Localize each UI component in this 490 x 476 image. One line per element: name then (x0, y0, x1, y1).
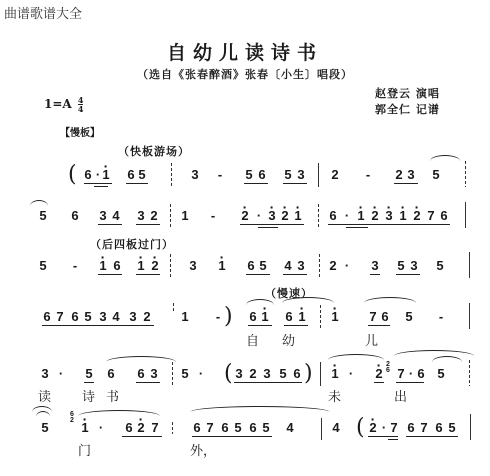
barline (172, 422, 173, 434)
barline (470, 414, 471, 440)
lyrics-line-6: 门 外， (0, 440, 490, 460)
barline (469, 252, 470, 278)
time-signature: 4 4 (78, 96, 84, 113)
dot: · (196, 366, 206, 382)
staff-line-6: 5 62 1 · 6 2 7 6 7 6 5 6 5 4 4 ( 2 · 7 6… (0, 420, 490, 440)
dot: · (342, 258, 352, 274)
tie (432, 356, 462, 362)
note: 6 (257, 167, 267, 183)
barline (321, 418, 322, 440)
open-paren: ( (356, 415, 365, 440)
note: 3 (267, 208, 277, 224)
note: 5 (38, 258, 48, 274)
tie (430, 155, 460, 161)
dot: · (346, 366, 356, 382)
close-paren: ) (304, 361, 313, 386)
tie (282, 297, 334, 303)
underline (248, 325, 272, 326)
note: 1 (180, 309, 190, 325)
note: 5 (261, 420, 271, 436)
note: 2 (136, 420, 146, 436)
tie (30, 200, 48, 206)
key-signature: 1=A 4 4 (44, 96, 83, 113)
note: 4 (111, 208, 121, 224)
note: 5 (278, 366, 288, 382)
transcriber-credit: 郭全仁 记谱 (375, 101, 440, 117)
lyric: 读 (38, 386, 51, 405)
underline (234, 382, 302, 383)
underline (283, 183, 307, 184)
note: 5 (84, 366, 94, 382)
note: 2 (142, 309, 152, 325)
note: 3 (149, 366, 159, 382)
note: 3 (384, 208, 394, 224)
underline (396, 382, 424, 383)
note: 1 (260, 309, 270, 325)
note: 2 (328, 258, 338, 274)
lyric: 出 (394, 386, 407, 405)
annotation-kuaiban: （快板游场） (118, 143, 190, 159)
note: 5 (180, 366, 190, 382)
note: 7 (389, 420, 399, 436)
note: 2 (149, 208, 159, 224)
note: 6 (112, 258, 122, 274)
note: 6 (439, 208, 449, 224)
staff-line-5: 3 · 5 6 6 3 5 · ( 3 2 3 5 6 ) 1 · 2 26 7… (0, 366, 490, 386)
note: 3 (262, 366, 272, 382)
note: 1 (180, 208, 190, 224)
underline (98, 274, 122, 275)
underline (244, 183, 268, 184)
note: 3 (98, 309, 108, 325)
lyric: 书 (106, 386, 119, 405)
note: 7 (426, 208, 436, 224)
note: 7 (419, 420, 429, 436)
barline (465, 202, 466, 228)
underline (136, 274, 160, 275)
note: 3 (190, 167, 200, 183)
underline (84, 183, 112, 184)
note: 3 (406, 167, 416, 183)
note: 1 (80, 420, 90, 436)
dot: · (254, 208, 264, 224)
underline (368, 436, 398, 437)
dash: - (436, 309, 446, 325)
note: 1 (136, 258, 146, 274)
underline (396, 274, 420, 275)
note: 6 (126, 167, 136, 183)
note: 1 (356, 208, 366, 224)
note: 6 (292, 366, 302, 382)
note: 1 (101, 167, 111, 183)
underline (192, 436, 272, 437)
dash: - (70, 258, 80, 274)
tie (36, 411, 50, 417)
underline (98, 224, 122, 225)
note: 2 (374, 366, 384, 382)
barline (469, 303, 470, 329)
note: 5 (40, 420, 50, 436)
note: 7 (368, 309, 378, 325)
note: 6 (70, 208, 80, 224)
dash: - (363, 167, 373, 183)
note: 6 (124, 420, 134, 436)
note: 6 (70, 309, 80, 325)
staff-line-3: 5 - 1 6 1 2 3 1 6 5 4 3 2 · 3 5 3 5 (0, 258, 490, 278)
site-label: 曲谱歌谱大全 (4, 3, 82, 22)
note: 2 (412, 208, 422, 224)
note: 5 (396, 258, 406, 274)
note: 5 (283, 167, 293, 183)
dash: - (213, 309, 223, 325)
barline (318, 163, 319, 187)
note: 6 (136, 366, 146, 382)
note: 1 (217, 258, 227, 274)
key-label: 1=A (44, 97, 72, 111)
note: 3 (98, 208, 108, 224)
note: 2 (248, 366, 258, 382)
underline (126, 183, 148, 184)
note: 3 (234, 366, 244, 382)
note: 5 (233, 420, 243, 436)
note: 5 (137, 167, 147, 183)
song-title: 自幼儿读诗书 (0, 38, 490, 65)
note: 3 (409, 258, 419, 274)
note: 4 (285, 420, 295, 436)
note: 5 (435, 258, 445, 274)
lyric: 幼 (282, 330, 295, 349)
staff-line-1: ( 6 · 1 6 5 3 - 5 6 5 3 2 - 2 3 5 (0, 167, 490, 187)
underline (136, 382, 160, 383)
lyric: 诗 (82, 386, 95, 405)
note: 6 (380, 309, 390, 325)
barline (469, 360, 470, 386)
note: 2 (150, 258, 160, 274)
underline (370, 274, 380, 275)
lyric: 儿 (365, 330, 378, 349)
note: 6 (192, 420, 202, 436)
grace-note-bottom: 2 (70, 417, 74, 424)
note: 6 (406, 420, 416, 436)
tie (106, 356, 176, 362)
barline (319, 254, 320, 278)
note: 5 (431, 167, 441, 183)
staff-line-2: 5 6 3 4 3 2 1 - 2 · 3 2 1 6 · 1 2 3 1 2 … (0, 208, 490, 228)
singer-credit: 赵登云 演唱 (375, 85, 440, 101)
lyric: 自 (246, 330, 259, 349)
note: 1 (98, 258, 108, 274)
note: 5 (38, 208, 48, 224)
note: 2 (240, 208, 250, 224)
note: 2 (368, 420, 378, 436)
tempo-marking: 【慢板】 (60, 124, 100, 139)
underline (84, 382, 94, 383)
note: 3 (136, 208, 146, 224)
underline (42, 325, 154, 326)
tie (190, 406, 330, 412)
note: 3 (128, 309, 138, 325)
underline (328, 224, 450, 225)
underline (346, 227, 368, 228)
grace-note: 62 (70, 412, 74, 424)
underline (283, 274, 307, 275)
barline (320, 362, 321, 386)
note: 2 (330, 167, 340, 183)
note: 6 (416, 366, 426, 382)
note: 6 (248, 309, 258, 325)
note: 3 (296, 258, 306, 274)
dot: · (406, 366, 416, 382)
note: 3 (296, 167, 306, 183)
note: 1 (330, 366, 340, 382)
underline (394, 183, 418, 184)
lyric: 门 (78, 440, 91, 459)
note: 6 (83, 167, 93, 183)
note: 6 (284, 309, 294, 325)
dot: · (379, 420, 389, 436)
tie (394, 350, 474, 356)
underline (258, 227, 278, 228)
note: 3 (40, 366, 50, 382)
dash: - (215, 167, 225, 183)
grace-note-bottom: 6 (386, 367, 390, 374)
grace-note: 26 (386, 362, 390, 374)
underline (94, 186, 108, 187)
barline (320, 305, 321, 329)
note: 3 (188, 258, 198, 274)
note: 3 (370, 258, 380, 274)
underline (284, 325, 308, 326)
open-paren: ( (224, 361, 233, 386)
note: 5 (258, 258, 268, 274)
note: 7 (150, 420, 160, 436)
underline (246, 274, 270, 275)
staff-line-4: 6 7 6 5 3 4 3 2 1 - ) 6 1 6 1 1 7 6 5 - (0, 309, 490, 329)
note: 2 (394, 167, 404, 183)
note: 6 (220, 420, 230, 436)
barline (172, 362, 173, 386)
underline (136, 224, 160, 225)
underline (240, 224, 304, 225)
tie (78, 410, 160, 416)
note: 5 (244, 167, 254, 183)
note: 1 (297, 309, 307, 325)
dot: · (342, 208, 352, 224)
underline (406, 436, 458, 437)
note: 7 (55, 309, 65, 325)
underline (122, 436, 162, 437)
dot: · (96, 420, 106, 436)
dash: - (208, 208, 218, 224)
lyrics-line-5: 读 诗 书 未 出 (0, 386, 490, 406)
note: 7 (205, 420, 215, 436)
note: 6 (434, 420, 444, 436)
underline (374, 382, 384, 383)
note: 7 (396, 366, 406, 382)
note: 6 (246, 258, 256, 274)
lyrics-line-4: 自 幼 儿 (0, 330, 490, 350)
note: 4 (283, 258, 293, 274)
barline (173, 303, 174, 313)
note: 6 (106, 366, 116, 382)
note: 6 (328, 208, 338, 224)
lyric: 未 (328, 386, 341, 405)
note: 5 (447, 420, 457, 436)
underline (368, 325, 390, 326)
barline (170, 204, 171, 228)
time-bottom: 4 (78, 104, 84, 113)
tie (364, 297, 416, 303)
barline (465, 161, 466, 187)
note: 1 (293, 208, 303, 224)
lyric: 外， (190, 440, 216, 459)
note: 4 (111, 309, 121, 325)
note: 2 (280, 208, 290, 224)
note: 1 (398, 208, 408, 224)
dot: · (56, 366, 66, 382)
barline (171, 163, 172, 187)
song-subtitle: （选自《张春醉酒》张春〔小生〕唱段） (0, 66, 490, 82)
note: 5 (404, 309, 414, 325)
note: 1 (330, 309, 340, 325)
barline (318, 204, 319, 228)
note: 5 (83, 309, 93, 325)
barline (170, 254, 171, 278)
note: 6 (42, 309, 52, 325)
close-paren: ) (224, 304, 233, 329)
note: 2 (370, 208, 380, 224)
open-paren: ( (68, 162, 77, 187)
note: 4 (331, 420, 341, 436)
note: 5 (436, 366, 446, 382)
note: 6 (248, 420, 258, 436)
